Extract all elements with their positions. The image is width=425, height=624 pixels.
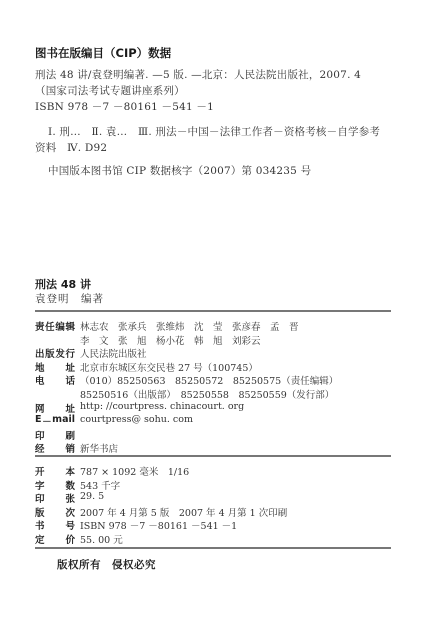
divider-rule [35,455,391,457]
book-author: 袁登明 编著 [35,291,104,306]
field-value: 北京市东城区东交民巷 27 号（100745） [80,360,258,374]
field-value: 林志农 张承兵 张维炜 沈 莹 张彦春 孟 晋 [80,319,299,333]
cip-subjects-line: Ⅰ. 刑… Ⅱ. 袁… Ⅲ. 刑法－中国－法律工作者－资格考核－自学参考 [48,124,380,139]
field-label: 开本 [35,464,75,478]
cip-series-line: （国家司法考试专题讲座系列） [35,83,185,98]
field-label-char: 行 [65,346,75,360]
field-value: 85250516（出版部） 85250558 85250559（发行部） [80,387,334,401]
field-label-char: mail [52,414,75,428]
divider-rule [35,547,391,549]
field-label-char: 出 [35,346,45,360]
cip-isbn-line: ISBN 978 －7 －80161 －541 －1 [35,99,214,114]
field-value: http: //courtpress. chinacourt. org [80,401,244,412]
cip-heading: 图书在版编目（CIP）数据 [35,45,171,61]
field-label-char: 责 [35,319,45,333]
field-label-char: 销 [65,441,75,455]
field-label-char: 刷 [65,428,75,442]
field-label-char: 任 [45,319,55,333]
field-value: 李 文 张 旭 杨小花 韩 旭 刘彩云 [80,333,261,347]
field-label-char: 定 [35,532,45,546]
field-label: 经销 [35,441,75,455]
field-label-char: 字 [35,478,45,492]
book-title: 刑法 48 讲 [35,276,91,292]
field-label: E－mail [35,414,75,428]
field-label: 书号 [35,518,75,532]
field-label-char: 话 [65,373,75,387]
field-label-char: 址 [65,401,75,415]
field-value: 29. 5 [80,491,104,502]
field-label: 地址 [35,360,75,374]
field-label-char: E [35,414,42,428]
field-label-char: 本 [65,464,75,478]
copyright-notice: 版权所有 侵权必究 [57,557,156,572]
field-label: 网址 [35,401,75,415]
field-label-char: 编 [55,319,65,333]
field-value: 55. 00 元 [80,532,123,546]
field-label-char: 电 [35,373,45,387]
cip-library-number: 中国版本图书馆 CIP 数据核字（2007）第 034235 号 [48,163,311,178]
field-value: 2007 年 4 月第 5 版 2007 年 4 月第 1 次印刷 [80,505,287,519]
field-value: 新华书店 [80,441,118,455]
field-label-char: 数 [65,478,75,492]
field-label-char: － [42,414,52,428]
field-label-char: 网 [35,401,45,415]
field-value: courtpress@ sohu. com [80,414,193,425]
field-label: 定价 [35,532,75,546]
field-label-char: 版 [45,346,55,360]
field-label: 电话 [35,373,75,387]
field-label-char: 发 [55,346,65,360]
field-label-char: 址 [65,360,75,374]
field-label: 版次 [35,505,75,519]
field-value: 787 × 1092 毫米 1/16 [80,464,189,478]
field-value: ISBN 978 －7 －80161 －541 －1 [80,518,237,532]
divider-rule [35,310,391,312]
field-label-char: 号 [65,518,75,532]
field-value: （010）85250563 85250572 85250575（责任编辑） [80,373,338,387]
field-label-char: 次 [65,505,75,519]
field-label-char: 书 [35,518,45,532]
field-label-char: 印 [35,491,45,505]
field-label: 责任编辑 [35,319,75,333]
field-label-char: 版 [35,505,45,519]
field-label: 印刷 [35,428,75,442]
field-label-char: 价 [65,532,75,546]
field-label-char: 经 [35,441,45,455]
field-label: 字数 [35,478,75,492]
cip-subjects-line-2: 资料 Ⅳ. D92 [35,140,107,155]
field-label: 出版发行 [35,346,75,360]
cip-record-line: 刑法 48 讲/袁登明编著. —5 版. —北京：人民法院出版社，2007. 4 [35,67,361,82]
field-label-char: 辑 [65,319,75,333]
field-label-char: 地 [35,360,45,374]
field-label-char: 张 [65,491,75,505]
field-label-char: 开 [35,464,45,478]
field-label-char: 印 [35,428,45,442]
field-value: 人民法院出版社 [80,346,147,360]
field-label: 印张 [35,491,75,505]
field-value: 543 千字 [80,478,120,492]
